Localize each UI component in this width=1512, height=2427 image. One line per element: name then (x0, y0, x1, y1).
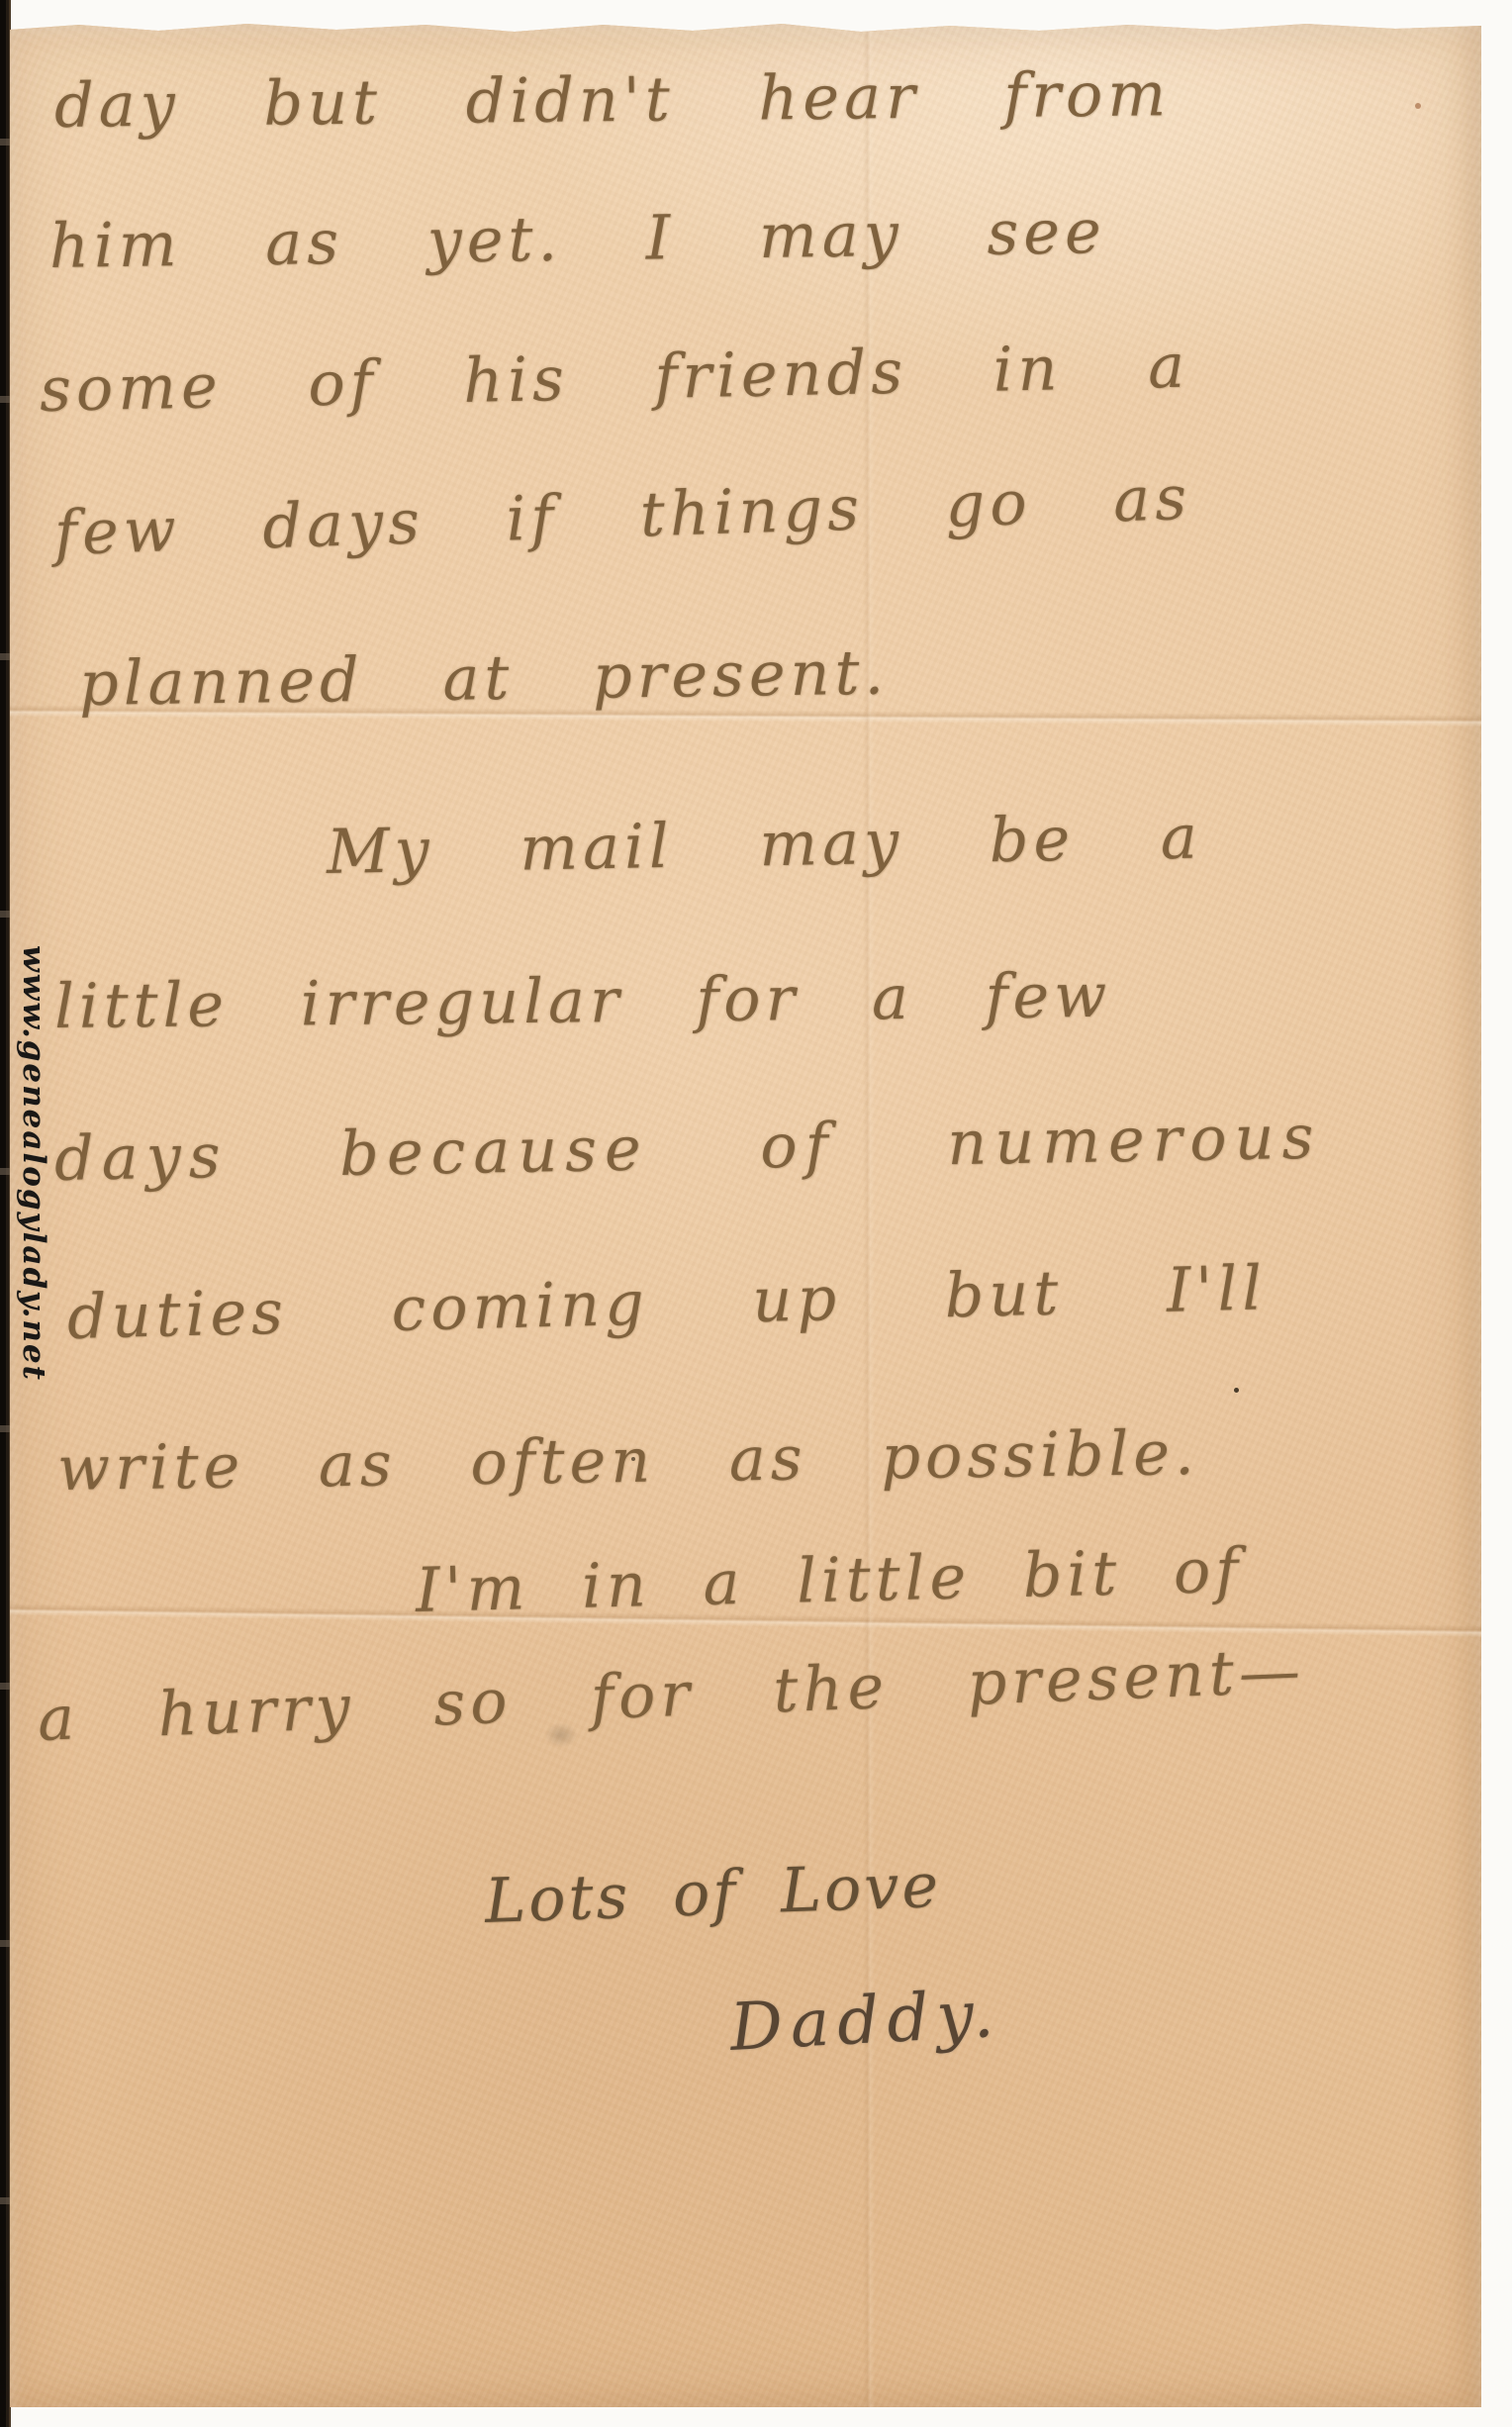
watermark-text: www.genealogylady.net (16, 945, 51, 1529)
handwriting-line-7: little irregular for a few (54, 959, 1112, 1042)
handwriting-line-9: duties coming up but I'll (66, 1251, 1268, 1353)
handwriting-line-11: I'm in a little bit of (415, 1534, 1244, 1626)
handwriting-line-4: few days if things go as (53, 461, 1192, 569)
smudge (544, 1722, 578, 1748)
handwriting-line-10: write as often as possible. (56, 1416, 1199, 1505)
paper-speck (1415, 103, 1421, 109)
letter-paper: www.genealogylady.net day but didn't hea… (10, 22, 1481, 2407)
handwriting-line-12: a hurry so for the present— (37, 1634, 1306, 1755)
handwriting-line-8: days because of numerous (53, 1101, 1322, 1195)
ink-speck (631, 1457, 635, 1461)
handwriting-line-5: planned at present. (78, 636, 889, 720)
scanner-edge-strip (0, 0, 11, 2427)
handwriting-line-6: My mail may be a (326, 801, 1202, 888)
handwriting-line-3: some of his friends in a (39, 330, 1190, 426)
ink-speck (1234, 1388, 1239, 1393)
handwriting-line-1: day but didn't hear from (54, 57, 1172, 142)
signature-line: Daddy. (728, 1976, 1003, 2066)
scanned-letter-page: { "document": { "kind": "Scanned handwri… (0, 0, 1512, 2427)
handwriting-line-2: him as yet. I may see (48, 195, 1106, 282)
